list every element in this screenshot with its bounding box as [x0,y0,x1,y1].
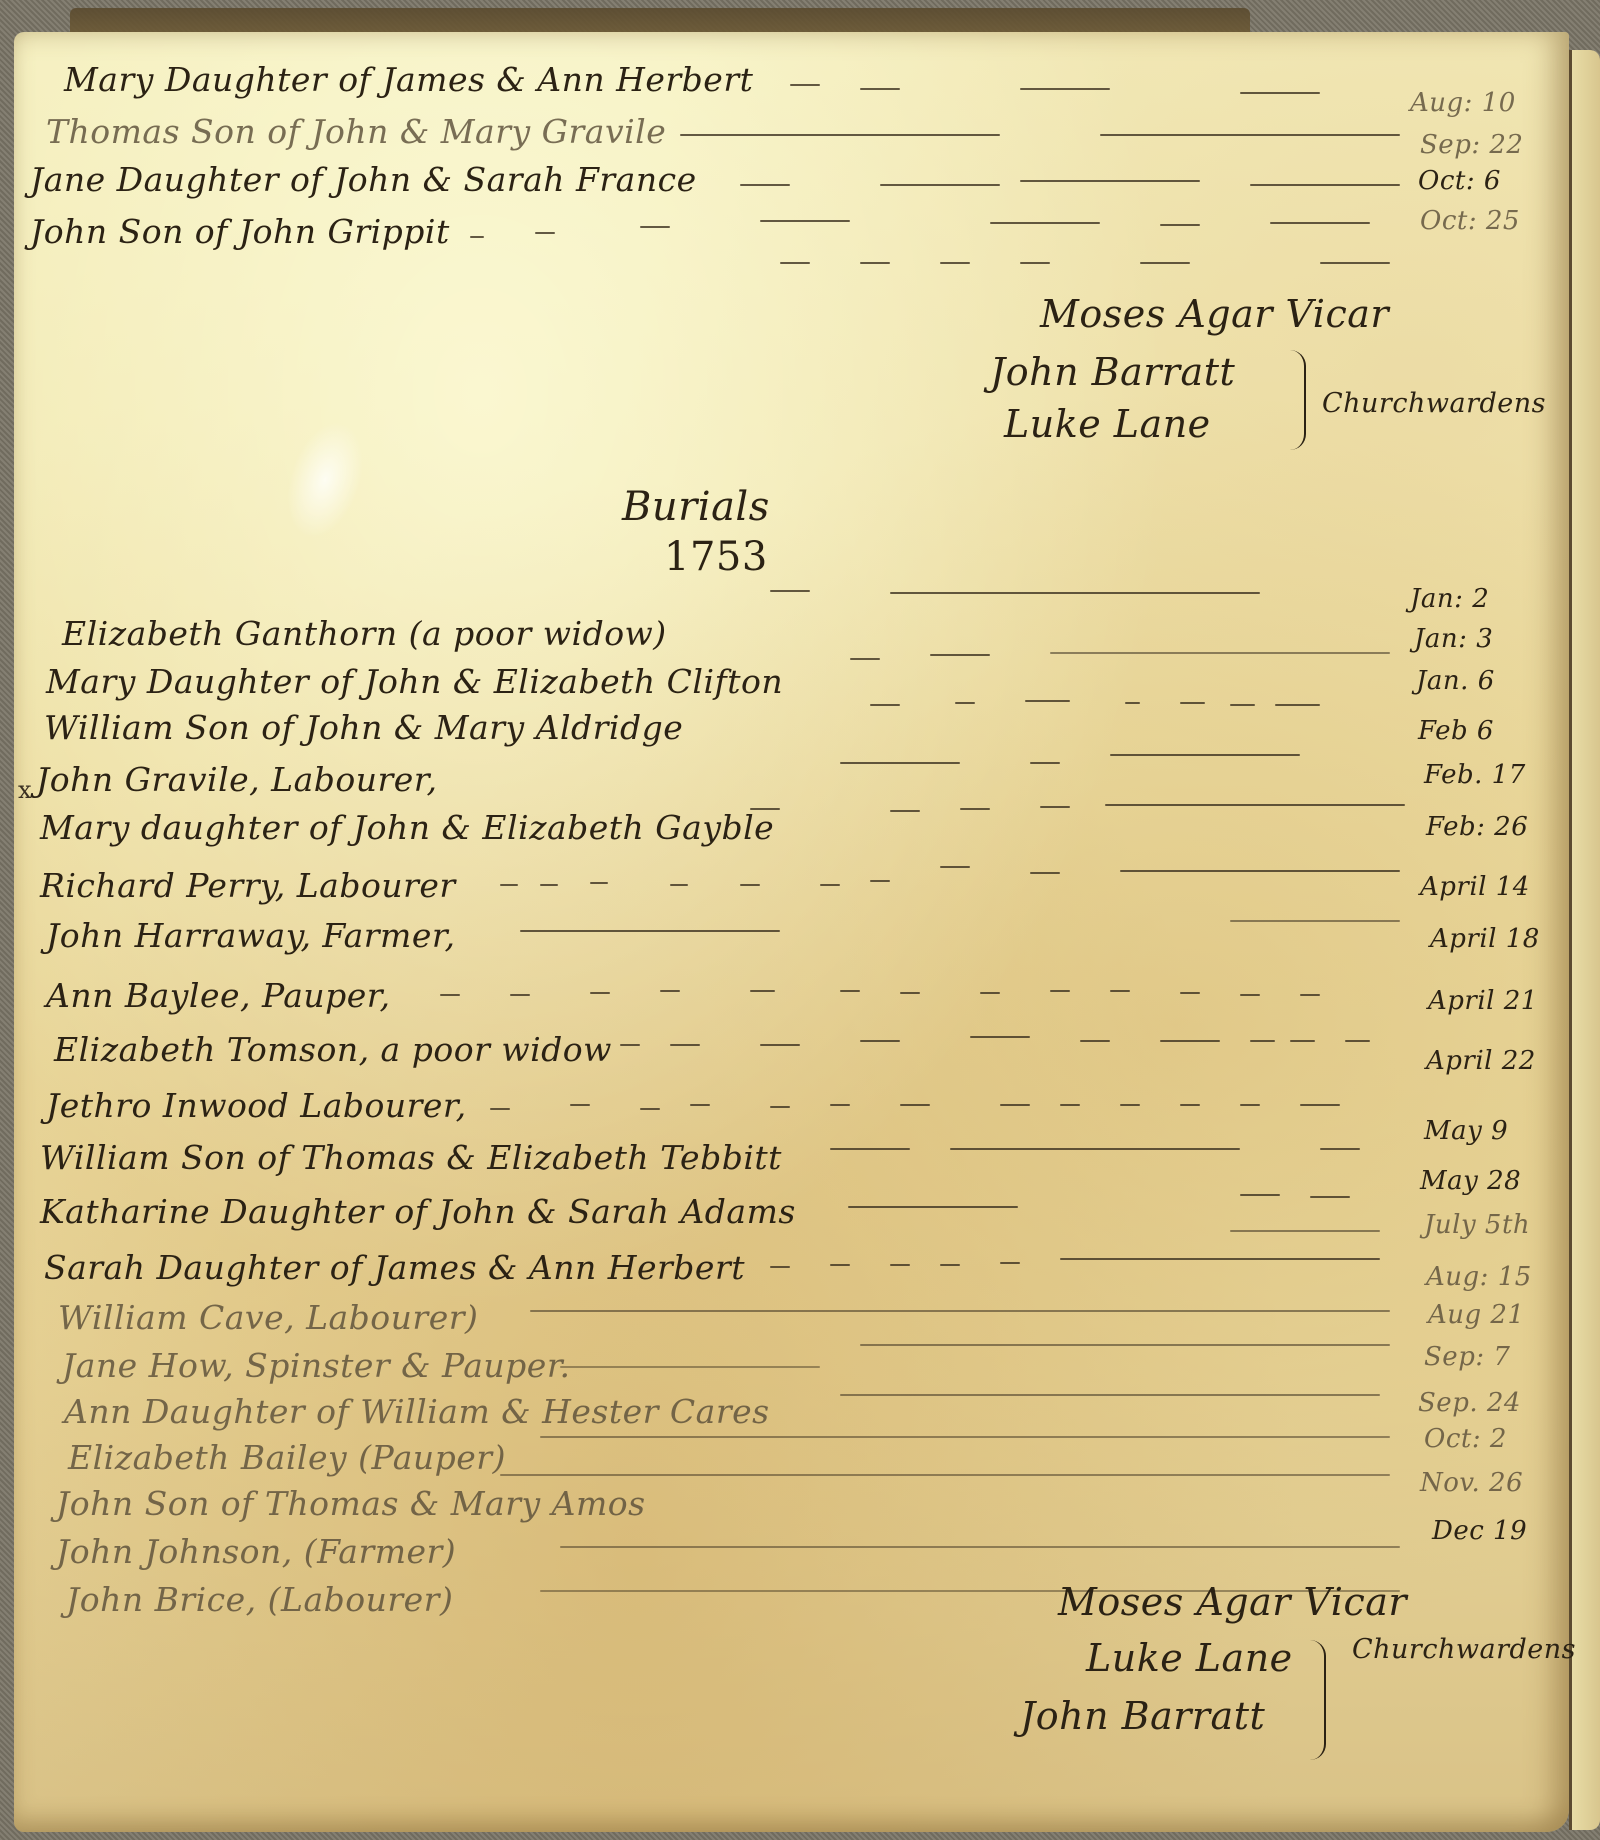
filler-dash [890,1264,910,1266]
filler-dash [620,1044,640,1046]
baptism-date: Aug: 10 [1410,88,1516,118]
filler-dash [560,1366,820,1368]
filler-dash [1160,1040,1220,1042]
filler-dash [540,884,558,886]
filler-dash [860,1040,900,1042]
filler-dash [750,990,775,992]
burial-entry: Richard Perry, Labourer [40,866,456,905]
filler-dash [1020,262,1050,264]
filler-dash [880,184,1000,186]
filler-dash [960,808,990,810]
filler-dash [1040,806,1070,808]
filler-dash [640,1108,660,1110]
burials-heading: Burials [622,484,770,530]
filler-dash [1240,92,1320,94]
filler-dash [670,1044,700,1046]
burial-date: Sep. 24 [1418,1388,1521,1418]
burial-entry: Elizabeth Tomson, a poor widow [54,1030,612,1069]
filler-dash [860,262,890,264]
bracket [1290,350,1306,450]
churchwardens-label: Churchwardens [1322,388,1546,419]
filler-dash [750,808,780,810]
filler-dash [1180,1104,1200,1106]
filler-dash [890,810,920,812]
filler-dash [1000,1104,1030,1106]
filler-dash [500,1474,1390,1476]
filler-dash [1020,180,1200,182]
filler-dash [840,762,960,764]
filler-dash [1110,754,1300,756]
burial-date: Feb: 26 [1426,812,1528,842]
filler-dash [870,704,900,706]
filler-dash [570,1104,590,1106]
burial-entry: John Johnson, (Farmer) [56,1532,456,1571]
filler-dash [440,994,460,996]
filler-dash [1120,1104,1140,1106]
burial-entry: Jethro Inwood Labourer, [46,1086,467,1125]
burial-entry: Ann Baylee, Pauper, [46,976,390,1015]
filler-dash [1020,88,1110,90]
vicar-signature: Moses Agar Vicar [1058,1580,1407,1624]
filler-dash [1320,262,1390,264]
filler-dash [740,884,760,886]
churchwarden-signature: John Barratt [990,350,1235,394]
filler-dash [770,1106,790,1108]
burial-date: Feb 6 [1418,716,1494,746]
burial-date: April 18 [1430,924,1540,954]
filler-dash [590,992,610,994]
burial-entry: William Cave, Labourer) [58,1298,478,1337]
filler-dash [940,866,970,868]
filler-dash [660,990,680,992]
filler-dash [1345,1040,1370,1042]
filler-dash [955,702,975,704]
burial-date: Feb. 17 [1424,760,1526,790]
filler-dash [830,1148,910,1150]
filler-dash [690,1104,710,1106]
burial-entry: John Brice, (Labourer) [66,1580,453,1619]
burial-entry: Katharine Daughter of John & Sarah Adams [40,1192,796,1231]
filler-dash [760,220,850,222]
filler-dash [680,134,1000,136]
burial-entry: John Son of Thomas & Mary Amos [56,1484,646,1523]
filler-dash [670,884,688,886]
filler-dash [1180,702,1205,704]
churchwardens-label: Churchwardens [1352,1634,1576,1665]
filler-dash [1060,1104,1080,1106]
churchwarden-signature: John Barratt [1020,1694,1265,1738]
filler-dash [1230,1230,1380,1232]
burial-date: Dec 19 [1432,1516,1527,1546]
filler-dash [760,1044,800,1046]
filler-dash [1300,994,1320,996]
filler-dash [470,236,484,238]
burial-entry: Elizabeth Bailey (Pauper) [68,1438,506,1477]
margin-mark: x [18,776,32,804]
filler-dash [740,184,790,186]
filler-dash [1270,222,1370,224]
page-gutter [1569,50,1600,1830]
burial-date: Oct: 2 [1424,1424,1507,1454]
filler-dash [990,222,1100,224]
filler-dash [900,1104,930,1106]
filler-dash [940,262,970,264]
burial-date: April 14 [1420,872,1530,902]
filler-dash [950,1148,1240,1150]
filler-dash [1030,872,1060,874]
baptism-entry: Thomas Son of John & Mary Gravile [46,112,666,151]
filler-dash [930,654,990,656]
filler-dash [848,1206,1018,1208]
filler-dash [1060,1258,1380,1260]
baptism-entry: Jane Daughter of John & Sarah France [30,160,697,199]
filler-dash [490,1108,510,1110]
burial-date: Aug 21 [1428,1300,1525,1330]
filler-dash [780,262,810,264]
burials-year: 1753 [664,534,768,580]
filler-dash [1250,1040,1275,1042]
filler-dash [1100,134,1400,136]
filler-dash [1240,1104,1260,1106]
filler-dash [860,88,900,90]
filler-dash [850,658,880,660]
filler-dash [1120,870,1400,872]
burial-date: Aug: 15 [1426,1262,1532,1292]
filler-dash [900,992,920,994]
burial-date: May 9 [1424,1116,1508,1146]
filler-dash [1125,702,1140,704]
filler-dash [500,884,518,886]
filler-dash [940,1264,960,1266]
filler-dash [1240,994,1260,996]
burial-entry: Elizabeth Ganthorn (a poor widow) [62,614,667,653]
burial-entry: Ann Daughter of William & Hester Cares [64,1392,770,1431]
filler-dash [520,930,780,932]
filler-dash [770,1266,790,1268]
burial-entry: Sarah Daughter of James & Ann Herbert [44,1248,745,1287]
filler-dash [530,1310,1390,1312]
baptism-date: Oct: 25 [1420,206,1520,236]
filler-dash [1110,990,1130,992]
burial-entry: John Harraway, Farmer, [46,916,456,955]
filler-dash [1230,704,1255,706]
filler-dash [1290,1040,1315,1042]
burial-entry: William Son of John & Mary Aldridge [44,708,683,747]
churchwarden-signature: Luke Lane [1004,402,1211,446]
burial-date: April 21 [1428,986,1538,1016]
burial-date: Sep: 7 [1424,1342,1510,1372]
filler-dash [1050,990,1070,992]
filler-dash [1140,262,1190,264]
filler-dash [1180,992,1200,994]
filler-dash [870,880,890,882]
filler-dash [840,1394,1380,1396]
filler-dash [1300,1104,1340,1106]
filler-dash [1030,762,1060,764]
filler-dash [860,1344,1390,1346]
burial-entry: Mary daughter of John & Elizabeth Gayble [40,808,774,847]
filler-dash [1310,1196,1350,1198]
baptism-date: Oct: 6 [1418,166,1501,196]
burial-date: April 22 [1426,1046,1536,1076]
burial-date: May 28 [1420,1166,1521,1196]
filler-dash [790,84,820,86]
bracket [1310,1640,1326,1760]
filler-dash [970,1036,1030,1038]
filler-dash [510,994,530,996]
filler-dash [830,1104,850,1106]
burial-date: Nov. 26 [1420,1468,1523,1498]
filler-dash [1080,1040,1110,1042]
burial-date: July 5th [1424,1210,1530,1240]
filler-dash [980,992,1000,994]
filler-dash [840,990,860,992]
burial-entry: Mary Daughter of John & Elizabeth Clifto… [46,662,783,701]
burial-date: Jan: 3 [1414,624,1493,654]
filler-dash [1275,704,1320,706]
filler-dash [535,232,555,234]
filler-dash [1000,1262,1020,1264]
vicar-signature: Moses Agar Vicar [1040,292,1389,336]
baptism-entry: John Son of John Grippit [30,212,450,251]
burial-entry: Jane How, Spinster & Pauper. [62,1346,570,1385]
baptism-entry: Mary Daughter of James & Ann Herbert [64,60,753,99]
filler-dash [1160,224,1200,226]
filler-dash [1250,184,1400,186]
filler-dash [890,592,1260,594]
filler-dash [1320,1148,1360,1150]
filler-dash [830,1264,850,1266]
filler-dash [560,1546,1400,1548]
burial-entry: William Son of Thomas & Elizabeth Tebbit… [40,1138,782,1177]
filler-dash [820,884,840,886]
filler-dash [770,590,810,592]
filler-dash [1105,804,1405,806]
filler-dash [590,882,608,884]
churchwarden-signature: Luke Lane [1086,1636,1293,1680]
filler-dash [540,1436,1390,1438]
filler-dash [1230,920,1400,922]
burial-date: Jan: 2 [1410,584,1489,614]
baptism-date: Sep: 22 [1420,130,1523,160]
filler-dash [1050,652,1390,654]
burial-entry: John Gravile, Labourer, [36,760,437,799]
filler-dash [1025,700,1070,702]
filler-dash [640,226,670,228]
filler-dash [1240,1194,1280,1196]
burial-date: Jan. 6 [1416,666,1495,696]
